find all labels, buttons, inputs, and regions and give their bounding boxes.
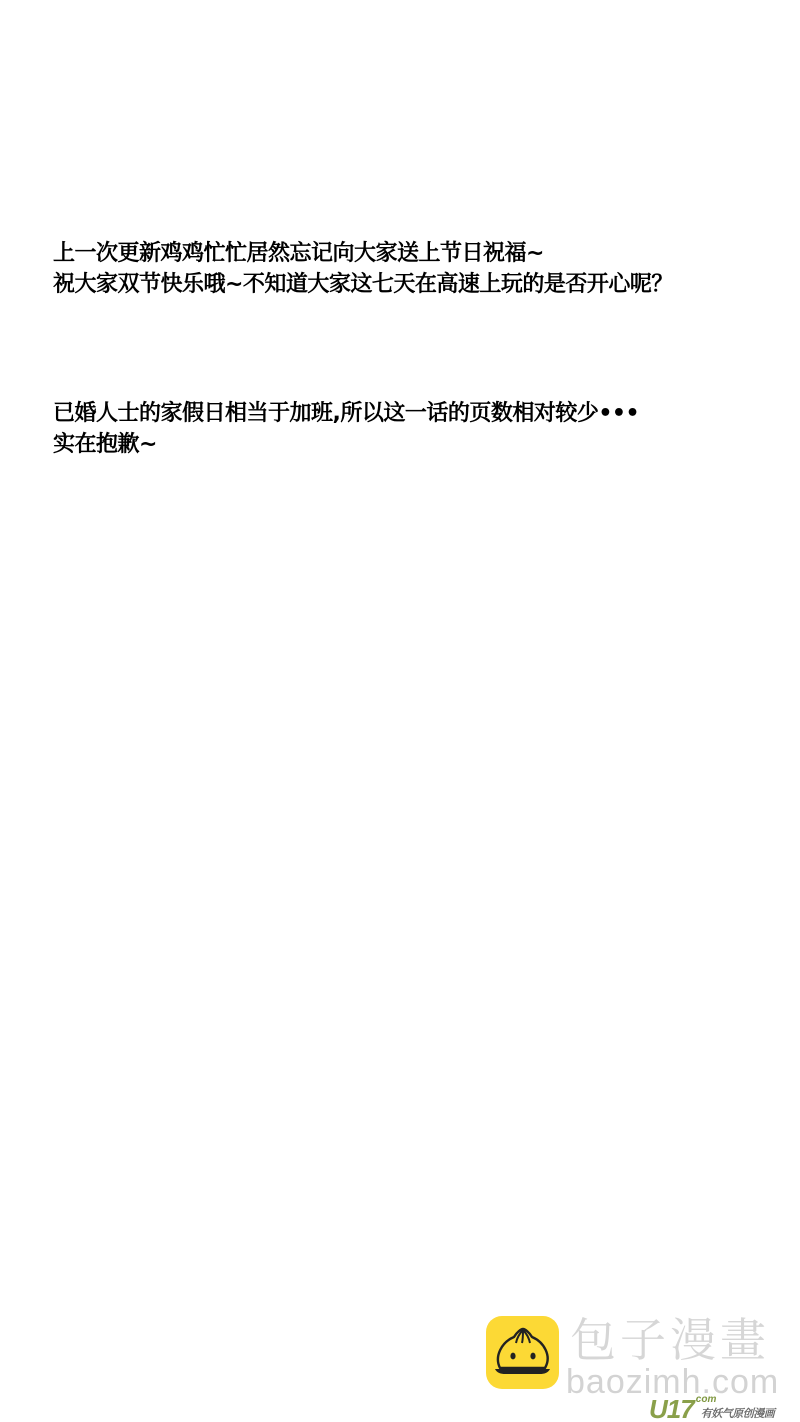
u17-logo-text: U17 xyxy=(649,1396,694,1422)
u17-logo: U17 .com 有妖气原创漫画 xyxy=(649,1396,774,1422)
note-line: 已婚人士的家假日相当于加班,所以这一话的页数相对较少••• xyxy=(53,398,639,429)
u17-com-text: .com xyxy=(693,1394,716,1405)
note-line: 实在抱歉~ xyxy=(53,429,639,460)
note-line: 祝大家双节快乐哦~不知道大家这七天在高速上玩的是否开心呢？ xyxy=(53,269,673,300)
note-line: 上一次更新鸡鸡忙忙居然忘记向大家送上节日祝福~ xyxy=(53,238,673,269)
baozimh-watermark: 包子漫畫 baozimh.com U17 .com 有妖气原创漫画 xyxy=(486,1316,786,1422)
author-note-holiday-greeting: 上一次更新鸡鸡忙忙居然忘记向大家送上节日祝福~ 祝大家双节快乐哦~不知道大家这七… xyxy=(53,238,673,300)
author-note-apology: 已婚人士的家假日相当于加班,所以这一话的页数相对较少••• 实在抱歉~ xyxy=(53,398,639,460)
baozi-bun-icon xyxy=(486,1316,559,1389)
watermark-title: 包子漫畫 xyxy=(570,1314,770,1366)
u17-slogan: 有妖气原创漫画 xyxy=(701,1407,775,1421)
